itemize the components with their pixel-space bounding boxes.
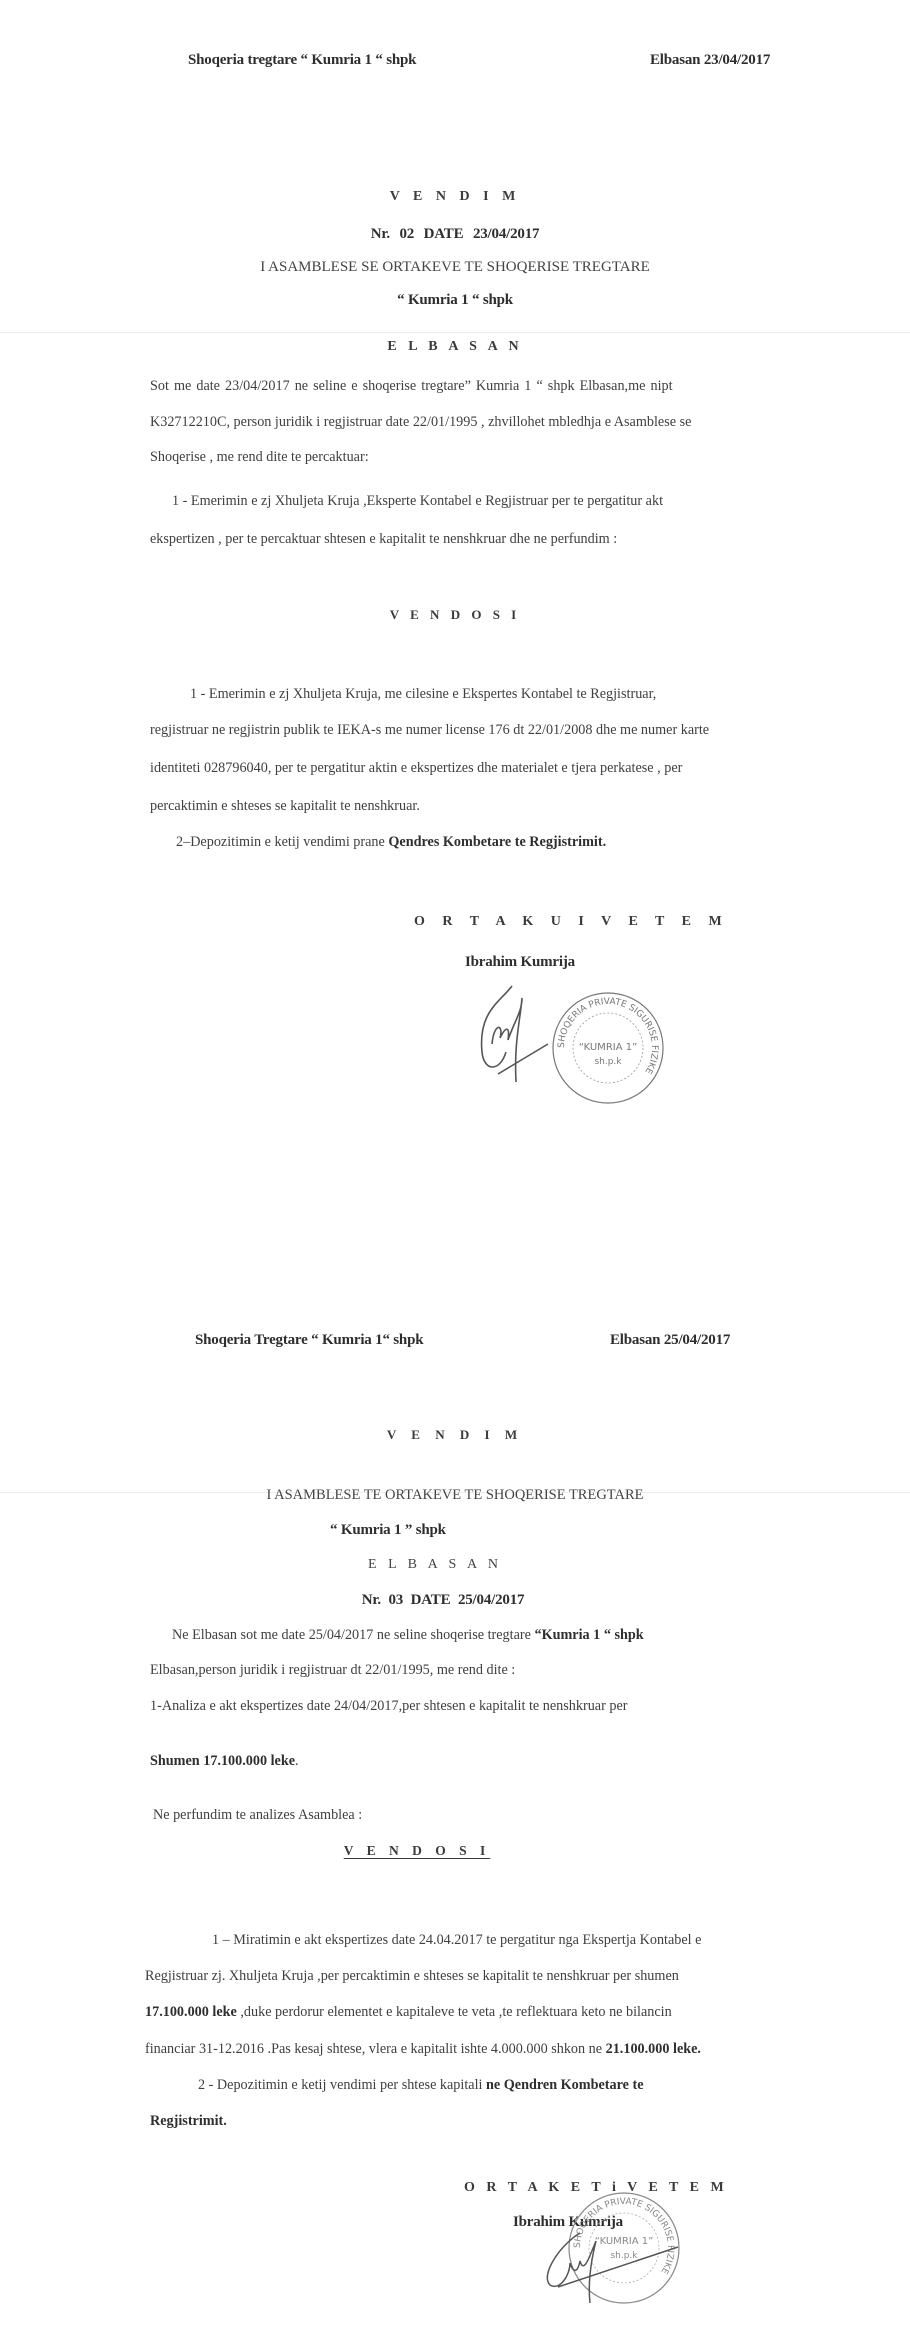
company-name: “Kumria 1 “ shpk xyxy=(534,1627,643,1643)
decision-text: ,duke perdorur elementet e kapitaleve te… xyxy=(237,2004,672,2020)
intro-line: Ne Elbasan sot me date 25/04/2017 ne sel… xyxy=(172,1627,644,1644)
registry-name: ne Qendren Kombetare te xyxy=(486,2077,643,2093)
decision-number: Nr. 03 DATE 25/04/2017 xyxy=(0,1592,898,1609)
decision-line: percaktimin e shteses se kapitalit te ne… xyxy=(150,798,420,815)
company-name-line: “ Kumria 1 “ shpk xyxy=(0,292,910,309)
city-heading: E L B A S A N xyxy=(0,339,910,355)
agenda-line: ekspertizen , per te percaktuar shtesen … xyxy=(150,531,617,548)
amount-value: Shumen 17.100.000 leke xyxy=(150,1753,295,1769)
amount-suffix: . xyxy=(295,1753,299,1769)
decision-line: regjistruar ne regjistrin publik te IEKA… xyxy=(150,722,709,739)
conclusion-line: Ne perfundim te analizes Asamblea : xyxy=(153,1807,362,1824)
company-header: Shoqeria tregtare “ Kumria 1 “ shpk xyxy=(188,52,416,69)
amount-value: 17.100.000 leke xyxy=(145,2004,237,2020)
decision-line: identiteti 028796040, per te pergatitur … xyxy=(150,760,682,777)
intro-line: Sot me date 23/04/2017 ne seline e shoqe… xyxy=(150,378,673,395)
decision-heading: V E N D O S I xyxy=(0,607,910,623)
decision-line: Regjistruar zj. Xhuljeta Kruja ,per perc… xyxy=(145,1968,679,1985)
intro-line: K32712210C, person juridik i regjistruar… xyxy=(150,414,691,431)
place-date: Elbasan 23/04/2017 xyxy=(650,52,770,69)
intro-text: Ne Elbasan sot me date 25/04/2017 ne sel… xyxy=(172,1627,534,1643)
decision-line: financiar 31-12.2016 .Pas kesaj shtese, … xyxy=(145,2041,701,2058)
signature-icon xyxy=(470,982,550,1092)
agenda-line: 1 - Emerimin e zj Xhuljeta Kruja ,Eksper… xyxy=(172,493,663,510)
company-name-line: “ Kumria 1 ” shpk xyxy=(330,1522,446,1539)
decision-text: financiar 31-12.2016 .Pas kesaj shtese, … xyxy=(145,2041,606,2057)
decision-text: 2 - Depozitimin e ketij vendimi per shte… xyxy=(198,2077,486,2093)
registry-name-continued: Regjistrimit. xyxy=(150,2113,227,2130)
signature-icon xyxy=(540,2225,680,2305)
place-date: Elbasan 25/04/2017 xyxy=(610,1332,730,1349)
svg-text:“KUMRIA 1”: “KUMRIA 1” xyxy=(579,1042,638,1053)
page-fold-line xyxy=(0,332,910,333)
new-capital-value: 21.100.000 leke. xyxy=(606,2041,701,2057)
company-stamp-icon: SHOQERIA PRIVATE SIGURISE FIZIKE “KUMRIA… xyxy=(550,990,666,1106)
document-title: V E N D I M xyxy=(0,1427,910,1443)
svg-text:sh.p.k: sh.p.k xyxy=(594,1057,622,1067)
registry-name: Qendres Kombetare te Regjistrimit. xyxy=(388,834,606,850)
assembly-line: I ASAMBLESE TE ORTAKEVE TE SHOQERISE TRE… xyxy=(0,1487,910,1504)
decision-line: 17.100.000 leke ,duke perdorur elementet… xyxy=(145,2004,672,2021)
agenda-line: 1-Analiza e akt ekspertizes date 24/04/2… xyxy=(150,1698,627,1715)
decision-2-text: 2–Depozitimin e ketij vendimi prane xyxy=(176,834,388,850)
decision-heading: V E N D O S I xyxy=(0,1843,872,1859)
decision-line-2: 2 - Depozitimin e ketij vendimi per shte… xyxy=(198,2077,644,2094)
document-title: V E N D I M xyxy=(0,189,910,205)
assembly-line: I ASAMBLESE SE ORTAKEVE TE SHOQERISE TRE… xyxy=(0,259,910,276)
decision-line: 1 - Emerimin e zj Xhuljeta Kruja, me cil… xyxy=(190,686,656,703)
signatory-name: Ibrahim Kumrija xyxy=(465,954,575,971)
company-header: Shoqeria Tregtare “ Kumria 1“ shpk xyxy=(195,1332,423,1349)
decision-line-2: 2–Depozitimin e ketij vendimi prane Qend… xyxy=(176,834,606,851)
intro-line: Shoqerise , me rend dite te percaktuar: xyxy=(150,449,369,466)
signatory-title: O R T A K U I V E T E M xyxy=(414,914,726,930)
city-heading: E L B A S A N xyxy=(0,1557,890,1573)
decision-number: Nr. 02 DATE 23/04/2017 xyxy=(0,226,910,243)
intro-line: Elbasan,person juridik i regjistruar dt … xyxy=(150,1662,515,1679)
decision-line: 1 – Miratimin e akt ekspertizes date 24.… xyxy=(212,1932,701,1949)
amount-line: Shumen 17.100.000 leke. xyxy=(150,1753,299,1770)
